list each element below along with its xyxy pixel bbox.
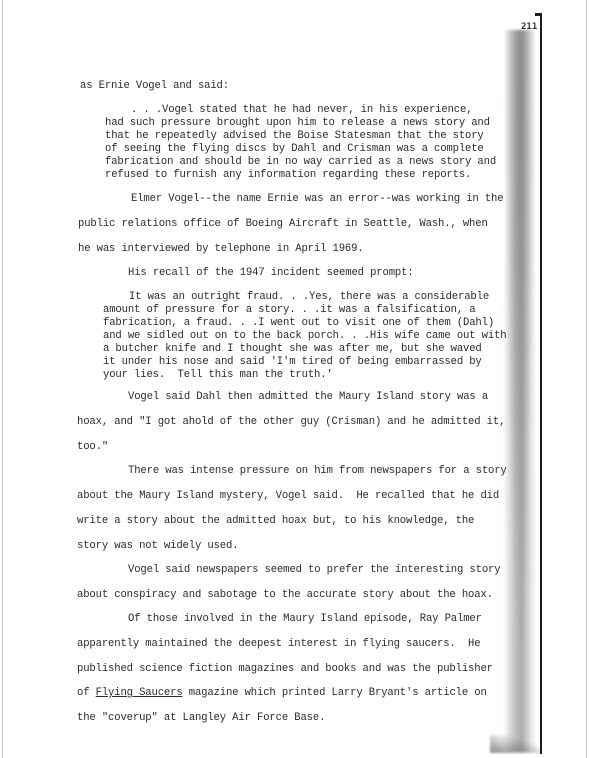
text-line: fabrication, a fraud. . .I went out to v…: [103, 317, 494, 329]
text-line: about conspiracy and sabotage to the acc…: [77, 589, 493, 601]
text-line: your lies. Tell this man the truth.': [103, 369, 333, 381]
text-line: amount of pressure for a story. . .it wa…: [103, 304, 475, 316]
text-line: it under his nose and said 'I'm tired of…: [103, 356, 482, 368]
text-line: the "coverup" at Langley Air Force Base.: [77, 712, 325, 724]
text-line: as Ernie Vogel and said:: [80, 80, 229, 92]
text-line: Of those involved in the Maury Island ep…: [128, 613, 482, 625]
text-fragment: of: [77, 687, 96, 699]
text-line: he was interviewed by telephone in April…: [78, 243, 364, 255]
text-line: of Flying Saucers magazine which printed…: [77, 687, 487, 699]
scan-smudge: [503, 30, 537, 752]
text-line: and we sidled out on to the back porch. …: [103, 330, 506, 342]
text-line: fabrication and should be in no way carr…: [105, 156, 496, 168]
magazine-title: Flying Saucers: [96, 687, 183, 699]
text-line: write a story about the admitted hoax bu…: [77, 515, 474, 527]
text-line: about the Maury Island mystery, Vogel sa…: [77, 490, 499, 502]
text-line: story was not widely used.: [77, 540, 238, 552]
text-line: hoax, and "I got ahold of the other guy …: [77, 416, 505, 428]
text-line: . . .Vogel stated that he had never, in …: [131, 104, 472, 116]
text-line: a butcher knife and I thought she was af…: [103, 343, 482, 355]
text-line: too.": [77, 441, 108, 453]
text-line: His recall of the 1947 incident seemed p…: [128, 267, 414, 279]
text-line: that he repeatedly advised the Boise Sta…: [105, 130, 484, 142]
text-line: It was an outright fraud. . .Yes, there …: [129, 291, 489, 303]
text-line: public relations office of Boeing Aircra…: [78, 218, 488, 230]
text-line: Vogel said newspapers seemed to prefer t…: [128, 564, 500, 576]
text-line: Vogel said Dahl then admitted the Maury …: [128, 391, 488, 403]
text-line: refused to furnish any information regar…: [105, 169, 471, 181]
text-line: apparently maintained the deepest intere…: [77, 638, 480, 650]
text-line: of seeing the flying discs by Dahl and C…: [105, 143, 484, 155]
scan-smudge-bottom: [490, 735, 542, 753]
text-line: Elmer Vogel--the name Ernie was an error…: [131, 193, 503, 205]
text-fragment: magazine which printed Larry Bryant's ar…: [183, 687, 487, 699]
page-number: 211: [521, 22, 537, 32]
text-line: had such pressure brought upon him to re…: [105, 117, 490, 129]
text-line: published science fiction magazines and …: [77, 663, 493, 675]
text-line: There was intense pressure on him from n…: [128, 465, 507, 477]
page-edge-line: [540, 14, 542, 754]
